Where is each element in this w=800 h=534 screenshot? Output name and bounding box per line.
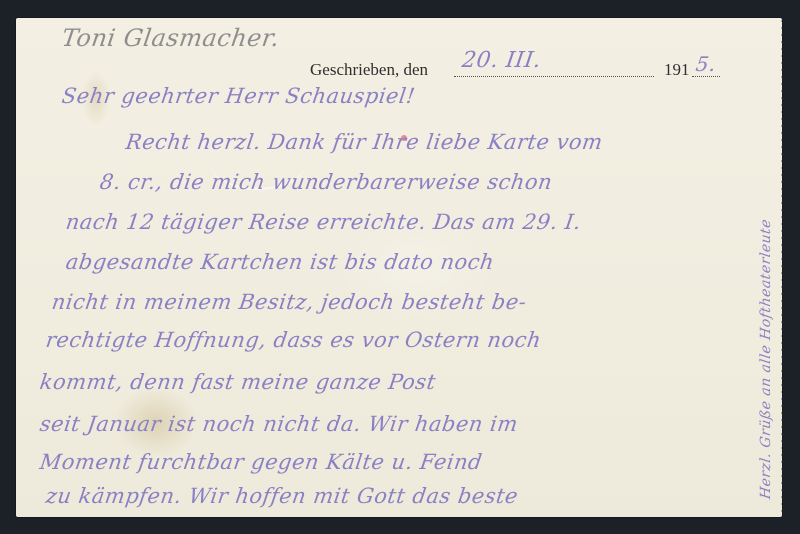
body-line: zu kämpfen. Wir hoffen mit Gott das best… <box>44 484 519 508</box>
body-line: 8. cr., die mich wunderbarerweise schon <box>98 170 554 194</box>
body-line: rechtigte Hoffnung, dass es vor Ostern n… <box>44 328 542 352</box>
body-line: Moment furchtbar gegen Kälte u. Feind <box>38 450 484 474</box>
postcard: Toni Glasmacher. Geschrieben, den 20. II… <box>16 18 782 517</box>
body-line: nicht in meinem Besitz, jedoch besteht b… <box>50 290 528 314</box>
body-line: Recht herzl. Dank für Ihre liebe Karte v… <box>124 130 604 154</box>
sender-name: Toni Glasmacher. <box>60 24 281 52</box>
perforated-edge <box>778 18 786 517</box>
body-line: seit Januar ist noch nicht da. Wir haben… <box>38 412 519 436</box>
date-dotted-line <box>454 76 654 77</box>
handwritten-year: 5. <box>694 52 717 76</box>
handwritten-date: 20. III. <box>460 48 543 73</box>
body-line: nach 12 tägiger Reise erreichte. Das am … <box>64 210 582 234</box>
printed-date-label: Geschrieben, den <box>310 60 428 80</box>
salutation: Sehr geehrter Herr Schauspiel! <box>60 84 417 108</box>
printed-year-prefix: 191 <box>664 60 690 80</box>
year-dotted-line <box>692 76 720 77</box>
body-line: abgesandte Kartchen ist bis dato noch <box>64 250 496 274</box>
body-line: kommt, denn fast meine ganze Post <box>38 370 437 394</box>
margin-note: Herzl. Grüße an alle Hoftheaterleute <box>758 218 774 500</box>
